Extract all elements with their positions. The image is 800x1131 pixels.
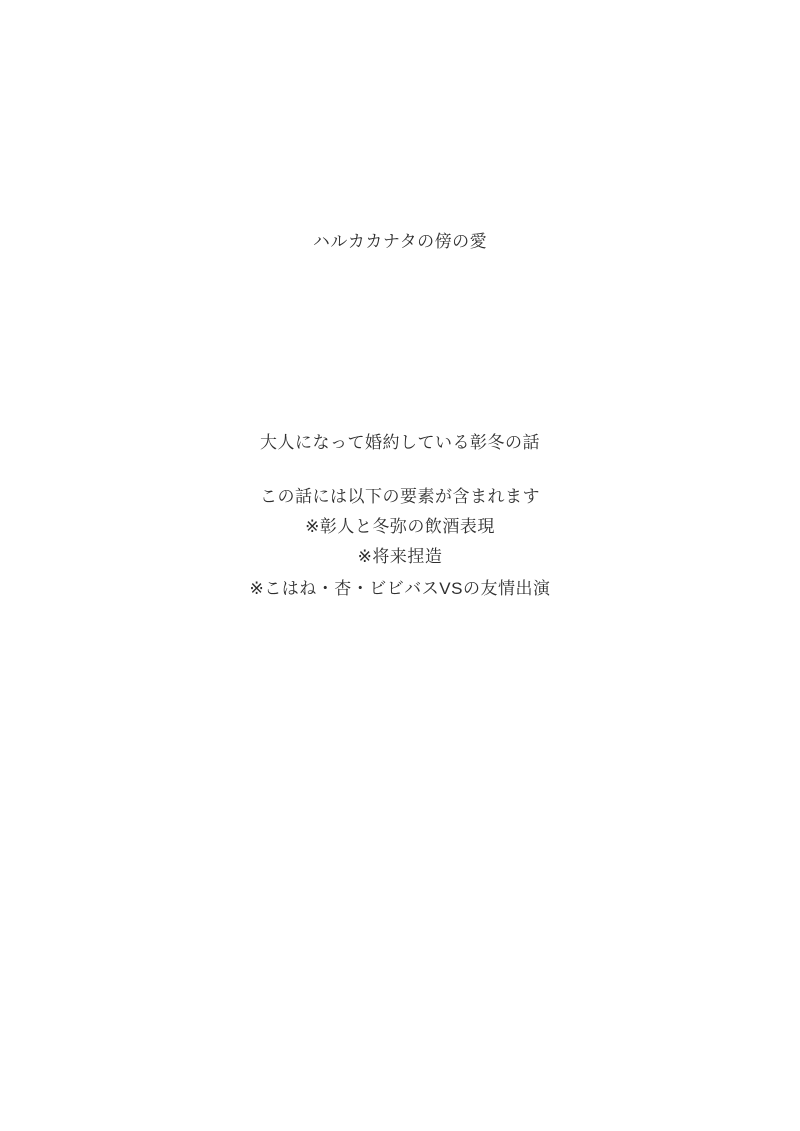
content-warning-line: ※将来捏造 [0,545,800,569]
content-warning-line: ※彰人と冬弥の飲酒表現 [0,515,800,539]
story-summary: 大人になって婚約している彰冬の話 [0,431,800,455]
content-warning-line: ※こはね・杏・ビビバスVSの友情出演 [0,577,800,601]
page-title: ハルカカナタの傍の愛 [0,230,800,254]
novel-caption-page: ハルカカナタの傍の愛 大人になって婚約している彰冬の話 この話には以下の要素が含… [0,0,800,1131]
content-notes-header: この話には以下の要素が含まれます [0,485,800,509]
